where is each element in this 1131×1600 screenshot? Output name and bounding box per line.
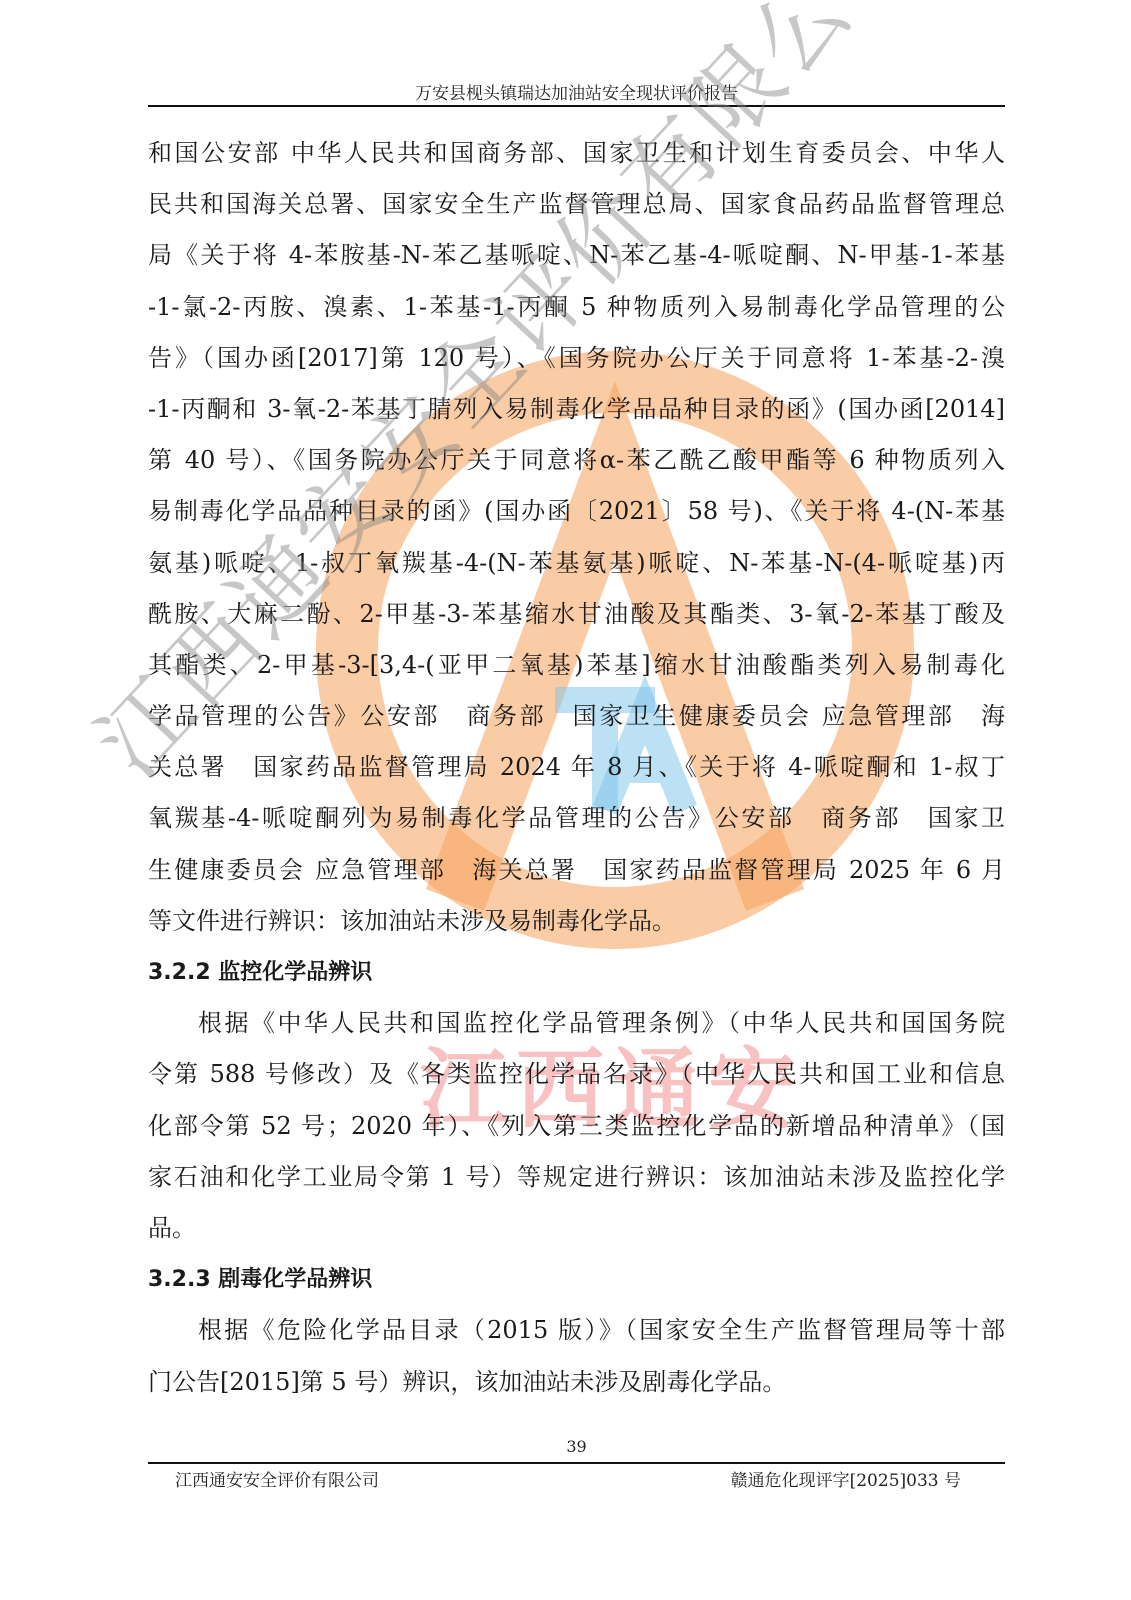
text-line: 等文件进行辨识：该加油站未涉及易制毒化学品。 — [148, 896, 1005, 947]
text-line: -1-丙酮和 3-氧-2-苯基丁腈列入易制毒化学品品种目录的函》(国办函[201… — [148, 384, 1005, 435]
paragraph-toxic-chemicals: 根据《危险化学品目录（2015 版）》（国家安全生产监督管理局等十部 门公告[2… — [148, 1305, 1005, 1407]
text-line: 令第 588 号修改）及《各类监控化学品名录》（中华人民共和国工业和信息 — [148, 1049, 1005, 1100]
footer-divider — [148, 1462, 1005, 1464]
text-line: 易制毒化学品品种目录的函》(国办函〔2021〕58 号)、《关于将 4-(N-苯… — [148, 486, 1005, 537]
section-heading-monitored-chemicals: 3.2.2 监控化学品辨识 — [148, 947, 1005, 998]
header-divider — [148, 105, 1005, 107]
text-line: 化部令第 52 号；2020 年）、《列入第三类监控化学品的新增品种清单》（国 — [148, 1101, 1005, 1152]
section-heading-toxic-chemicals: 3.2.3 剧毒化学品辨识 — [148, 1254, 1005, 1305]
text-line: 酰胺、大麻二酚、2-甲基-3-苯基缩水甘油酸及其酯类、3-氧-2-苯基丁酸及 — [148, 589, 1005, 640]
text-line: 生健康委员会 应急管理部 海关总署 国家药品监督管理局 2025 年 6 月 — [148, 845, 1005, 896]
text-line: 第 40 号）、《国务院办公厅关于同意将α-苯乙酰乙酸甲酯等 6 种物质列入 — [148, 435, 1005, 486]
text-line: 根据《危险化学品目录（2015 版）》（国家安全生产监督管理局等十部 — [148, 1305, 1005, 1356]
text-line: 根据《中华人民共和国监控化学品管理条例》（中华人民共和国国务院 — [148, 998, 1005, 1049]
text-line: 家石油和化学工业局令第 1 号）等规定进行辨识：该加油站未涉及监控化学 — [148, 1152, 1005, 1203]
footer-report-number: 赣通危化现评字[2025]033 号 — [731, 1466, 961, 1491]
text-line: 门公告[2015]第 5 号）辨识，该加油站未涉及剧毒化学品。 — [148, 1357, 1005, 1408]
text-line: 氧羰基-4-哌啶酮列为易制毒化学品管理的公告》公安部 商务部 国家卫 — [148, 793, 1005, 844]
text-line: 氨基)哌啶、1-叔丁氧羰基-4-(N-苯基氨基)哌啶、N-苯基-N-(4-哌啶基… — [148, 538, 1005, 589]
text-line: -1-氯-2-丙胺、溴素、1-苯基-1-丙酮 5 种物质列入易制毒化学品管理的公 — [148, 282, 1005, 333]
text-line: 品。 — [148, 1203, 1005, 1254]
text-line: 民共和国海关总署、国家安全生产监督管理总局、国家食品药品监督管理总 — [148, 179, 1005, 230]
document-page: 万安县枧头镇瑞达加油站安全现状评价报告 江西通安 和国公安部 中华人民共和国商务… — [0, 0, 1131, 1600]
text-line: 学品管理的公告》公安部 商务部 国家卫生健康委员会 应急管理部 海 — [148, 691, 1005, 742]
page-number: 39 — [148, 1437, 1005, 1456]
text-line: 局《关于将 4-苯胺基-N-苯乙基哌啶、N-苯乙基-4-哌啶酮、N-甲基-1-苯… — [148, 230, 1005, 281]
text-line: 其酯类、2-甲基-3-[3,4-(亚甲二氧基)苯基]缩水甘油酸酯类列入易制毒化 — [148, 640, 1005, 691]
footer-company-name: 江西通安安全评价有限公司 — [175, 1466, 379, 1491]
document-body: 和国公安部 中华人民共和国商务部、国家卫生和计划生育委员会、中华人 民共和国海关… — [148, 128, 1005, 1408]
paragraph-monitored-chemicals: 根据《中华人民共和国监控化学品管理条例》（中华人民共和国国务院 令第 588 号… — [148, 998, 1005, 1254]
paragraph-controlled-precursors: 和国公安部 中华人民共和国商务部、国家卫生和计划生育委员会、中华人 民共和国海关… — [148, 128, 1005, 947]
text-line: 关总署 国家药品监督管理局 2024 年 8 月、《关于将 4-哌啶酮和 1-叔… — [148, 742, 1005, 793]
report-header-title: 万安县枧头镇瑞达加油站安全现状评价报告 — [148, 79, 1005, 104]
text-line: 和国公安部 中华人民共和国商务部、国家卫生和计划生育委员会、中华人 — [148, 128, 1005, 179]
text-line: 告》（国办函[2017]第 120 号）、《国务院办公厅关于同意将 1-苯基-2… — [148, 333, 1005, 384]
